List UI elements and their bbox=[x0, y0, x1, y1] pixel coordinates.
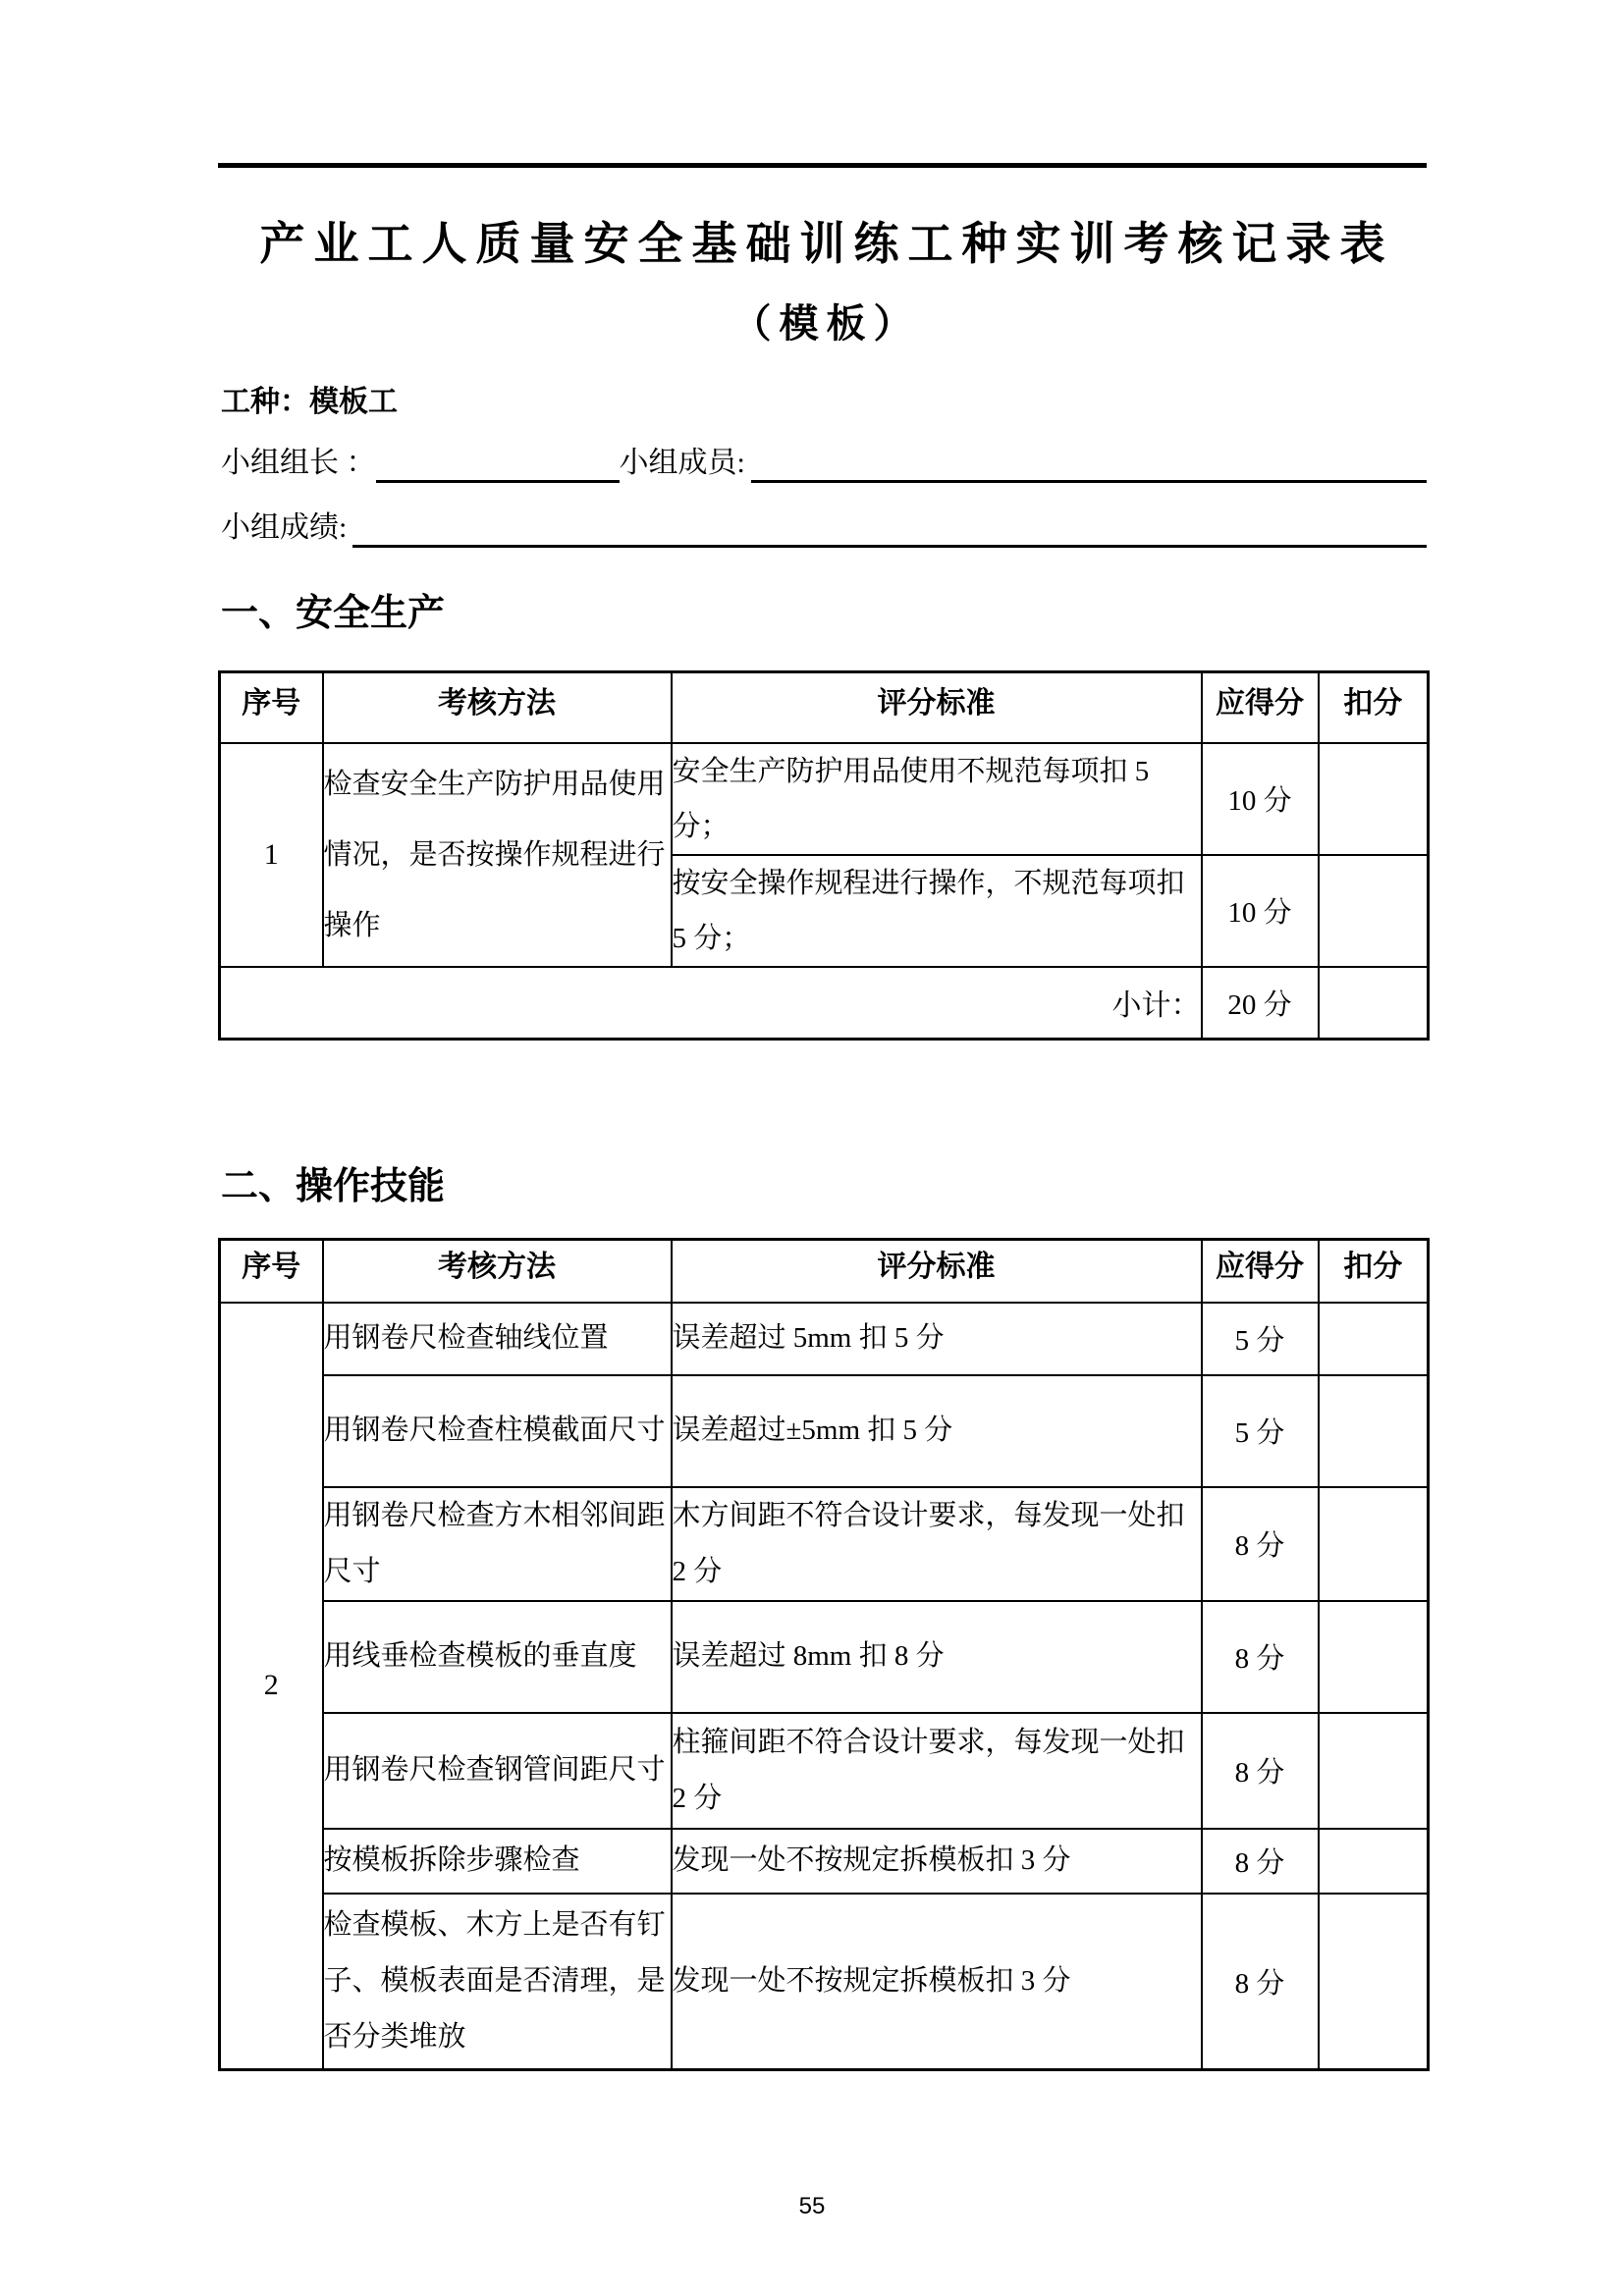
method-cell: 用钢卷尺检查柱模截面尺寸 bbox=[323, 1375, 672, 1487]
deduction-cell bbox=[1319, 743, 1429, 855]
document-page: 产业工人质量安全基础训练工种实训考核记录表 （模板） 工种：模板工 小组组长 ：… bbox=[0, 0, 1624, 2296]
due-score-cell: 10 分 bbox=[1202, 743, 1319, 855]
deduction-cell bbox=[1319, 1487, 1429, 1601]
document-title: 产业工人质量安全基础训练工种实训考核记录表 bbox=[218, 216, 1427, 271]
group-leader-label: 小组组长 ： bbox=[221, 444, 376, 483]
criteria-cell: 按安全操作规程进行操作，不规范每项扣 5 分； bbox=[672, 855, 1202, 967]
criteria-cell: 误差超过 5mm 扣 5 分 bbox=[672, 1303, 1202, 1375]
table-row: 用钢卷尺检查方木相邻间距尺寸 木方间距不符合设计要求，每发现一处扣 2 分 8 … bbox=[220, 1487, 1429, 1601]
due-score-cell: 8 分 bbox=[1202, 1487, 1319, 1601]
table-row: 2 用钢卷尺检查轴线位置 误差超过 5mm 扣 5 分 5 分 bbox=[220, 1303, 1429, 1375]
header-index: 序号 bbox=[220, 1240, 323, 1303]
row-index-cell: 1 bbox=[220, 743, 323, 967]
criteria-cell: 木方间距不符合设计要求，每发现一处扣 2 分 bbox=[672, 1487, 1202, 1601]
subtotal-score-cell: 20 分 bbox=[1202, 967, 1319, 1040]
header-due: 应得分 bbox=[1202, 672, 1319, 743]
group-leader-line: 小组组长 ： 小组成员: bbox=[221, 440, 1427, 483]
criteria-cell: 误差超过±5mm 扣 5 分 bbox=[672, 1375, 1202, 1487]
table-row: 用钢卷尺检查钢管间距尺寸 柱箍间距不符合设计要求，每发现一处扣 2 分 8 分 bbox=[220, 1713, 1429, 1829]
criteria-cell: 发现一处不按规定拆模板扣 3 分 bbox=[672, 1829, 1202, 1894]
deduction-cell bbox=[1319, 1829, 1429, 1894]
group-score-line: 小组成绩: bbox=[221, 505, 1427, 548]
header-deduct: 扣分 bbox=[1319, 672, 1429, 743]
table-row: 按模板拆除步骤检查 发现一处不按规定拆模板扣 3 分 8 分 bbox=[220, 1829, 1429, 1894]
header-method: 考核方法 bbox=[323, 672, 672, 743]
document-subtitle: （模板） bbox=[218, 298, 1427, 349]
header-method: 考核方法 bbox=[323, 1240, 672, 1303]
due-score-cell: 5 分 bbox=[1202, 1375, 1319, 1487]
section-heading-safety: 一、安全生产 bbox=[221, 591, 445, 636]
method-cell: 用线垂检查模板的垂直度 bbox=[323, 1601, 672, 1713]
due-score-cell: 8 分 bbox=[1202, 1894, 1319, 2070]
skills-table: 序号 考核方法 评分标准 应得分 扣分 2 用钢卷尺检查轴线位置 误差超过 5m… bbox=[218, 1238, 1430, 2071]
header-criteria: 评分标准 bbox=[672, 1240, 1202, 1303]
method-cell: 检查安全生产防护用品使用情况，是否按操作规程进行操作 bbox=[323, 743, 672, 967]
table-row: 1 检查安全生产防护用品使用情况，是否按操作规程进行操作 安全生产防护用品使用不… bbox=[220, 743, 1429, 855]
safety-table: 序号 考核方法 评分标准 应得分 扣分 1 检查安全生产防护用品使用情况，是否按… bbox=[218, 670, 1430, 1041]
method-cell: 检查模板、木方上是否有钉子、模板表面是否清理，是否分类堆放 bbox=[323, 1894, 672, 2070]
subtotal-row: 小计： 20 分 bbox=[220, 967, 1429, 1040]
method-cell: 用钢卷尺检查方木相邻间距尺寸 bbox=[323, 1487, 672, 1601]
trade-label: 工种：模板工 bbox=[221, 383, 398, 422]
row-index-cell: 2 bbox=[220, 1303, 323, 2070]
group-score-blank bbox=[352, 507, 1427, 548]
due-score-cell: 10 分 bbox=[1202, 855, 1319, 967]
table-row: 检查模板、木方上是否有钉子、模板表面是否清理，是否分类堆放 发现一处不按规定拆模… bbox=[220, 1894, 1429, 2070]
header-deduct: 扣分 bbox=[1319, 1240, 1429, 1303]
method-cell: 用钢卷尺检查钢管间距尺寸 bbox=[323, 1713, 672, 1829]
group-members-label: 小组成员: bbox=[620, 444, 745, 483]
deduction-cell bbox=[1319, 1894, 1429, 2070]
method-cell: 按模板拆除步骤检查 bbox=[323, 1829, 672, 1894]
group-leader-blank bbox=[376, 443, 620, 483]
section-heading-skills: 二、操作技能 bbox=[221, 1164, 445, 1209]
page-number: 55 bbox=[0, 2193, 1624, 2220]
title-rule bbox=[218, 163, 1427, 168]
due-score-cell: 8 分 bbox=[1202, 1829, 1319, 1894]
criteria-cell: 安全生产防护用品使用不规范每项扣 5 分； bbox=[672, 743, 1202, 855]
header-criteria: 评分标准 bbox=[672, 672, 1202, 743]
deduction-cell bbox=[1319, 967, 1429, 1040]
due-score-cell: 5 分 bbox=[1202, 1303, 1319, 1375]
deduction-cell bbox=[1319, 1713, 1429, 1829]
method-cell: 用钢卷尺检查轴线位置 bbox=[323, 1303, 672, 1375]
table-row: 用线垂检查模板的垂直度 误差超过 8mm 扣 8 分 8 分 bbox=[220, 1601, 1429, 1713]
criteria-cell: 柱箍间距不符合设计要求，每发现一处扣 2 分 bbox=[672, 1713, 1202, 1829]
deduction-cell bbox=[1319, 1601, 1429, 1713]
criteria-cell: 误差超过 8mm 扣 8 分 bbox=[672, 1601, 1202, 1713]
header-index: 序号 bbox=[220, 672, 323, 743]
header-due: 应得分 bbox=[1202, 1240, 1319, 1303]
subtotal-label-cell: 小计： bbox=[220, 967, 1202, 1040]
due-score-cell: 8 分 bbox=[1202, 1601, 1319, 1713]
deduction-cell bbox=[1319, 1375, 1429, 1487]
table-row: 用钢卷尺检查柱模截面尺寸 误差超过±5mm 扣 5 分 5 分 bbox=[220, 1375, 1429, 1487]
table-header-row: 序号 考核方法 评分标准 应得分 扣分 bbox=[220, 672, 1429, 743]
deduction-cell bbox=[1319, 855, 1429, 967]
group-members-blank bbox=[751, 443, 1427, 483]
table-header-row: 序号 考核方法 评分标准 应得分 扣分 bbox=[220, 1240, 1429, 1303]
group-score-label: 小组成绩: bbox=[221, 508, 347, 548]
due-score-cell: 8 分 bbox=[1202, 1713, 1319, 1829]
deduction-cell bbox=[1319, 1303, 1429, 1375]
criteria-cell: 发现一处不按规定拆模板扣 3 分 bbox=[672, 1894, 1202, 2070]
